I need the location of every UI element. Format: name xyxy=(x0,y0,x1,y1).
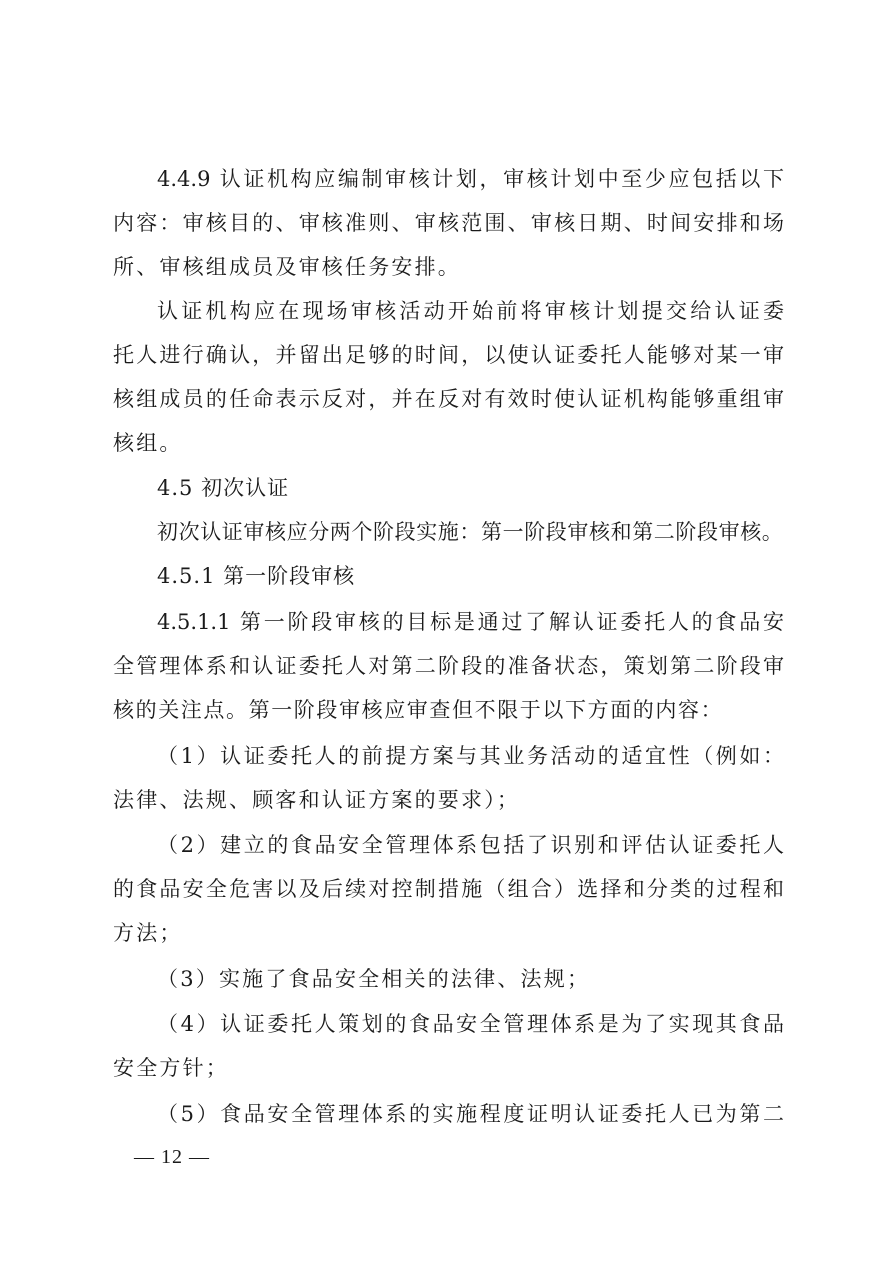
paragraph-plan-submission-line-1: 认证机构应在现场审核活动开始前将审核计划提交给认证委 xyxy=(157,289,784,333)
page-number: — 12 — xyxy=(134,1146,210,1169)
clause-4-5-1-1-line-1: 4.5.1.1 第一阶段审核的目标是通过了解认证委托人的食品安 xyxy=(157,600,784,644)
list-item-4-line-2: 安全方针； xyxy=(113,1046,784,1090)
paragraph-plan-submission-line-3: 核组成员的任命表示反对，并在反对有效时使认证机构能够重组审 xyxy=(113,377,784,421)
clause-4-4-9-line-3: 所、审核组成员及审核任务安排。 xyxy=(113,245,784,289)
list-item-2-line-2: 的食品安全危害以及后续对控制措施（组合）选择和分类的过程和 xyxy=(113,867,784,911)
clause-4-4-9-line-2: 内容：审核目的、审核准则、审核范围、审核日期、时间安排和场 xyxy=(113,201,784,245)
document-page: 4.4.9 认证机构应编制审核计划，审核计划中至少应包括以下 内容：审核目的、审… xyxy=(0,0,892,1262)
list-item-3: （3）实施了食品安全相关的法律、法规； xyxy=(157,957,784,1001)
list-item-1-line-2: 法律、法规、顾客和认证方案的要求）； xyxy=(113,778,784,822)
clause-4-5-1-1-line-2: 全管理体系和认证委托人对第二阶段的准备状态，策划第二阶段审 xyxy=(113,644,784,688)
paragraph-plan-submission-line-4: 核组。 xyxy=(113,421,784,465)
paragraph-plan-submission-line-2: 托人进行确认，并留出足够的时间，以使认证委托人能够对某一审 xyxy=(113,333,784,377)
paragraph-initial-certification: 初次认证审核应分两个阶段实施：第一阶段审核和第二阶段审核。 xyxy=(157,510,784,554)
list-item-4-line-1: （4）认证委托人策划的食品安全管理体系是为了实现其食品 xyxy=(157,1002,784,1046)
list-item-5-line-1: （5）食品安全管理体系的实施程度证明认证委托人已为第二 xyxy=(157,1092,784,1136)
section-heading-4-5: 4.5 初次认证 xyxy=(157,466,784,510)
list-item-2-line-1: （2）建立的食品安全管理体系包括了识别和评估认证委托人 xyxy=(157,823,784,867)
list-item-1-line-1: （1）认证委托人的前提方案与其业务活动的适宜性（例如： xyxy=(157,734,784,778)
list-item-2-line-3: 方法； xyxy=(113,911,784,955)
section-heading-4-5-1: 4.5.1 第一阶段审核 xyxy=(157,554,784,598)
clause-4-5-1-1-line-3: 核的关注点。第一阶段审核应审查但不限于以下方面的内容： xyxy=(113,688,784,732)
clause-4-4-9-line-1: 4.4.9 认证机构应编制审核计划，审核计划中至少应包括以下 xyxy=(157,157,784,201)
